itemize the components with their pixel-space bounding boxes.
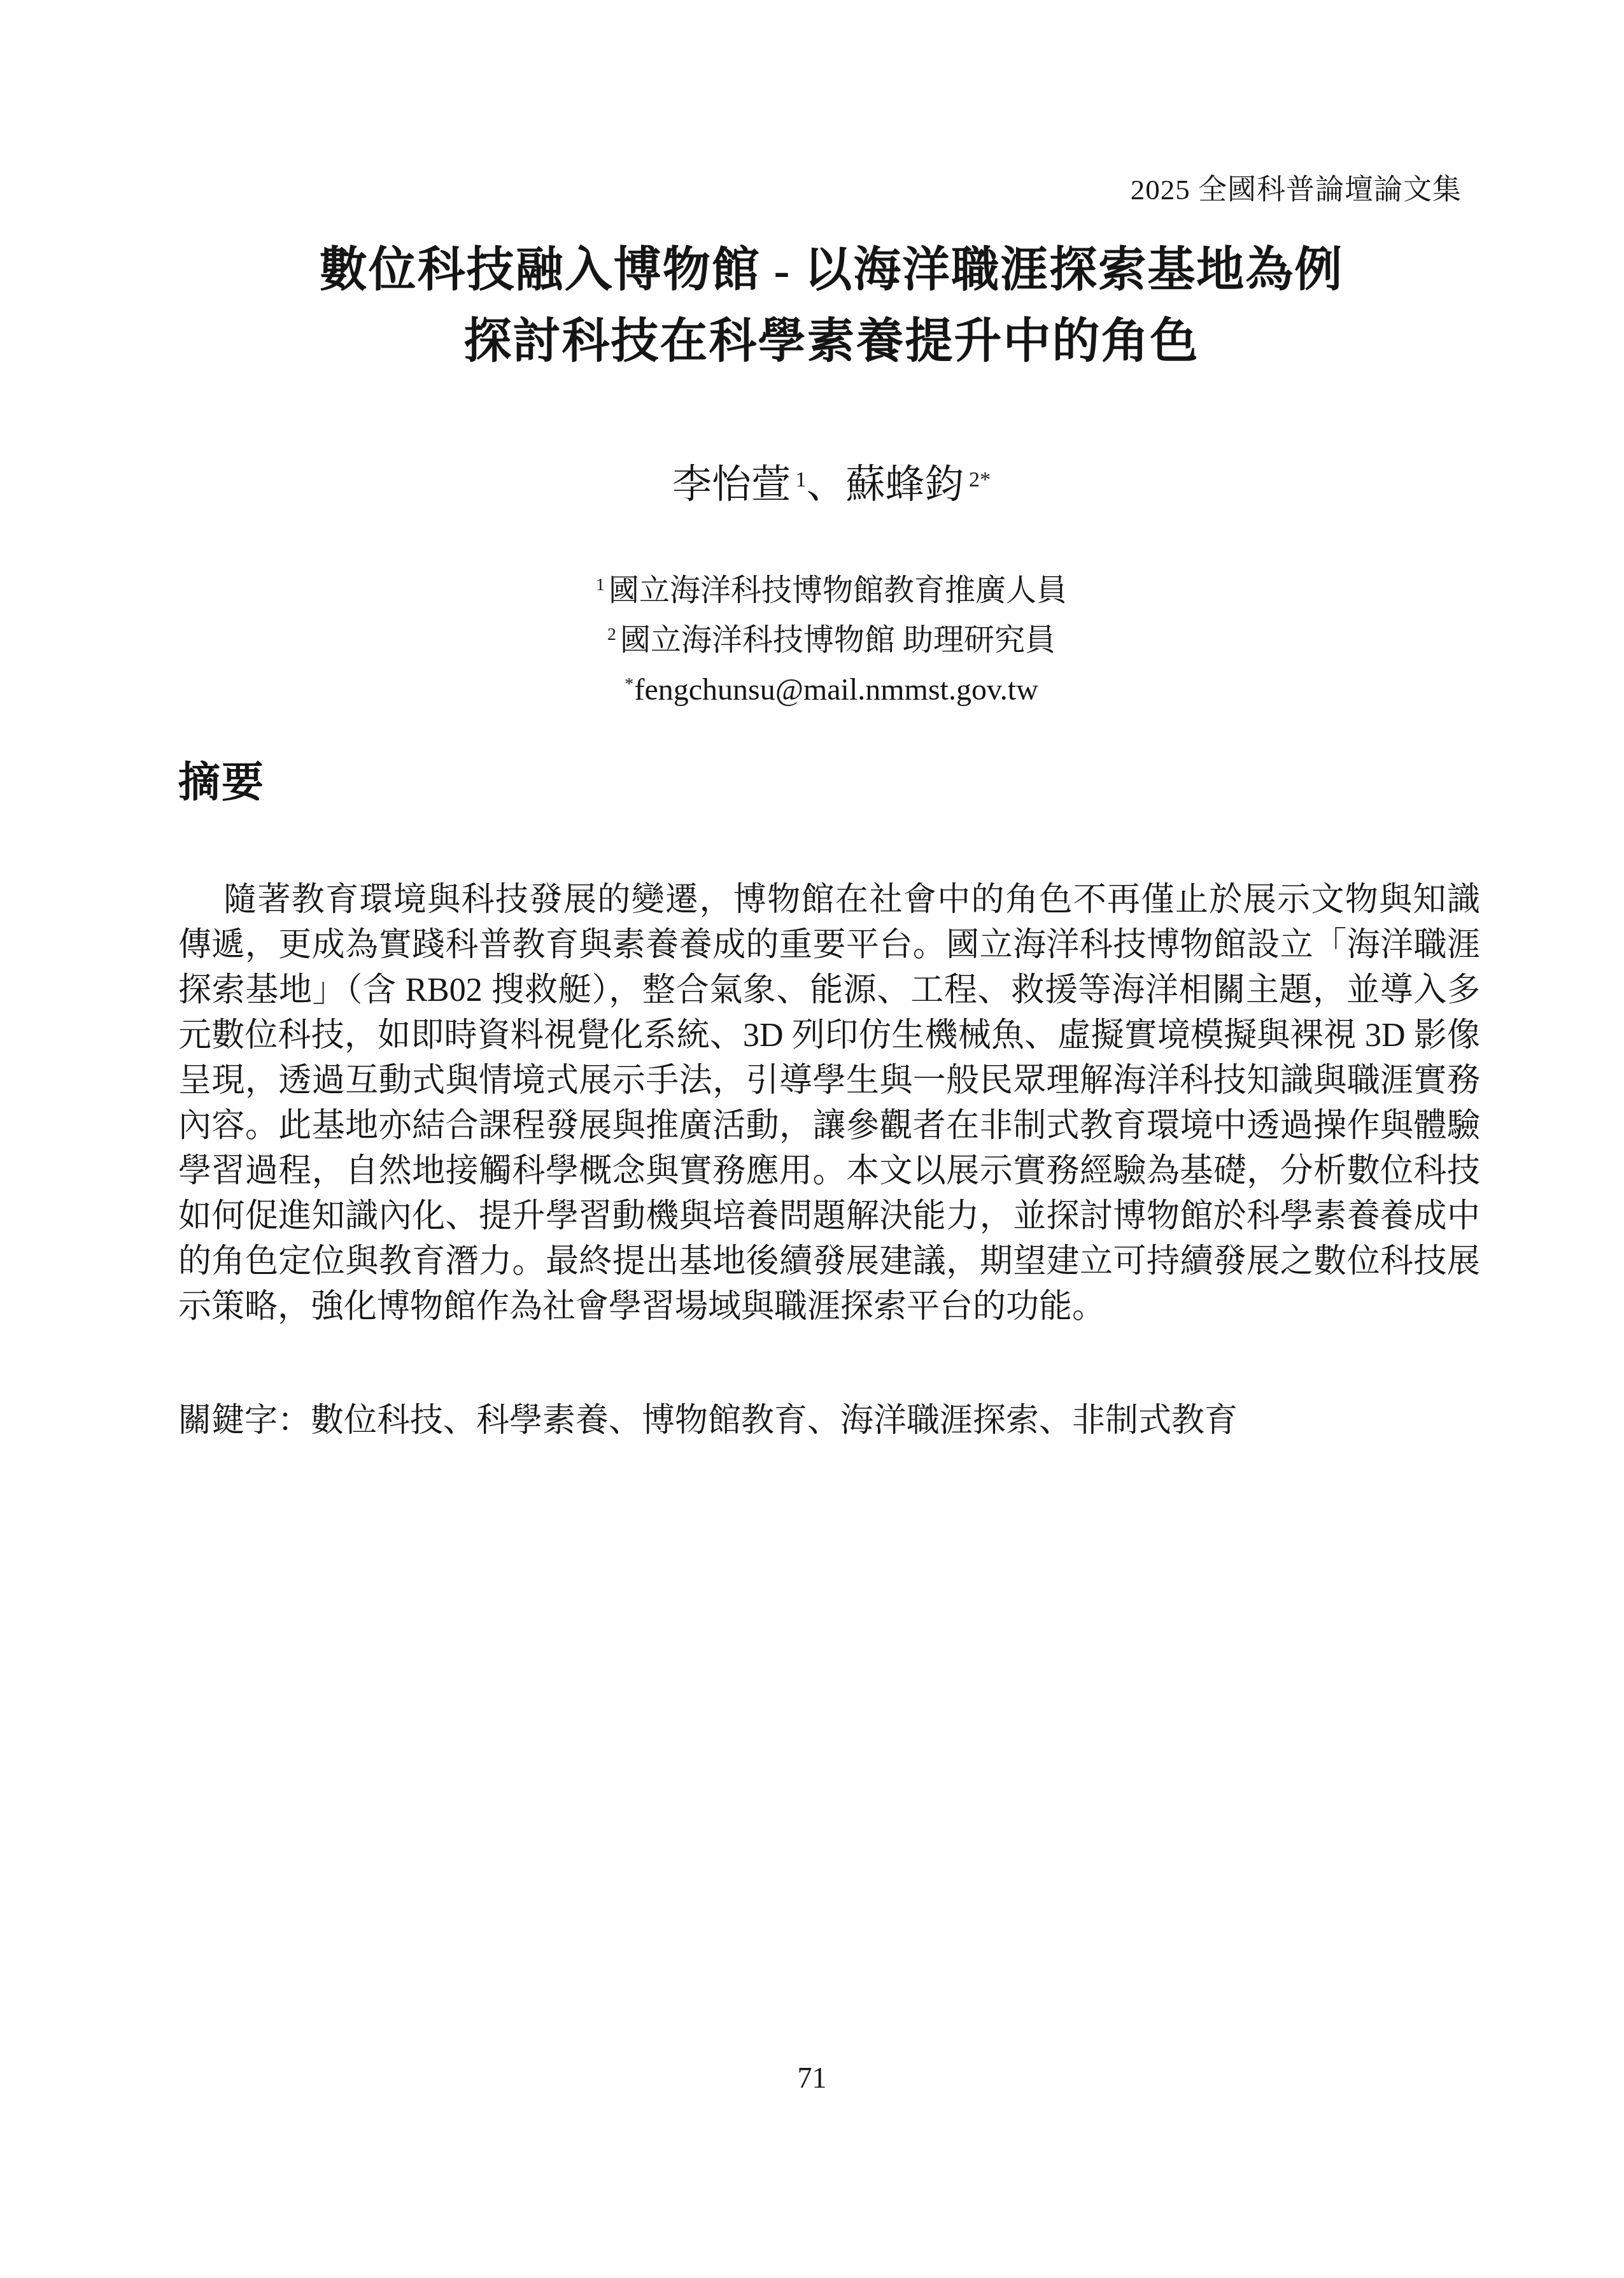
email-superscript: *: [625, 674, 633, 694]
abstract-body: 隨著教育環境與科技發展的變遷，博物館在社會中的角色不再僅止於展示文物與知識傳遞，…: [178, 877, 1480, 1329]
paper-title-line2: 探討科技在科學素養提升中的角色: [178, 306, 1485, 378]
affiliation-2-text: 國立海洋科技博物館 助理研究員: [620, 623, 1056, 657]
keywords-line: 關鍵字：數位科技、科學素養、博物館教育、海洋職涯探索、非制式教育: [178, 1398, 1485, 1443]
affiliation-1: 1國立海洋科技博物館教育推廣人員: [178, 566, 1485, 616]
author-separator: 、: [806, 463, 845, 507]
page-number: 71: [0, 2062, 1624, 2095]
proceedings-header: 2025 全國科普論壇論文集: [178, 173, 1485, 206]
paper-title-line1: 數位科技融入博物館 - 以海洋職涯探索基地為例: [178, 235, 1485, 306]
corresponding-email: *fengchunsu@mail.nmmst.gov.tw: [178, 665, 1485, 715]
author-2-superscript: 2*: [969, 468, 991, 492]
paper-title: 數位科技融入博物館 - 以海洋職涯探索基地為例 探討科技在科學素養提升中的角色: [178, 235, 1485, 378]
affiliation-2: 2國立海洋科技博物館 助理研究員: [178, 616, 1485, 665]
author-1-superscript: 1: [795, 468, 806, 492]
author-2-name: 蘇蜂鈞: [845, 463, 964, 507]
email-text: fengchunsu@mail.nmmst.gov.tw: [634, 673, 1038, 707]
author-1-name: 李怡萱: [672, 463, 791, 507]
affiliation-2-superscript: 2: [607, 625, 616, 644]
abstract-heading: 摘要: [178, 758, 1485, 809]
affiliation-1-superscript: 1: [596, 575, 605, 595]
paper-page: 2025 全國科普論壇論文集 數位科技融入博物館 - 以海洋職涯探索基地為例 探…: [0, 0, 1624, 2278]
affiliation-block: 1國立海洋科技博物館教育推廣人員 2國立海洋科技博物館 助理研究員 *fengc…: [178, 566, 1485, 715]
author-line: 李怡萱1、蘇蜂鈞2*: [178, 462, 1485, 509]
affiliation-1-text: 國立海洋科技博物館教育推廣人員: [609, 574, 1067, 607]
